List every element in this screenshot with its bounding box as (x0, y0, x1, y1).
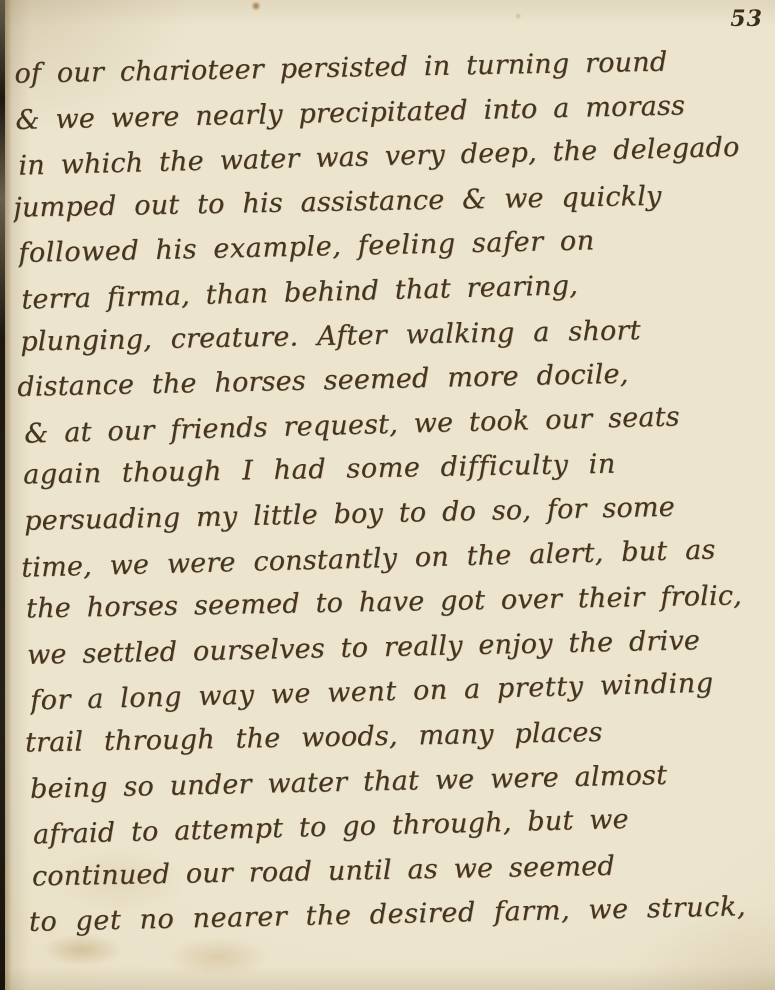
manuscript-page: 53 of our charioteer persisted in turnin… (0, 0, 775, 990)
handwritten-text-block: of our charioteer persisted in turning r… (14, 37, 775, 946)
page-edge-highlight (5, 0, 12, 990)
page-number: 53 (730, 6, 763, 32)
